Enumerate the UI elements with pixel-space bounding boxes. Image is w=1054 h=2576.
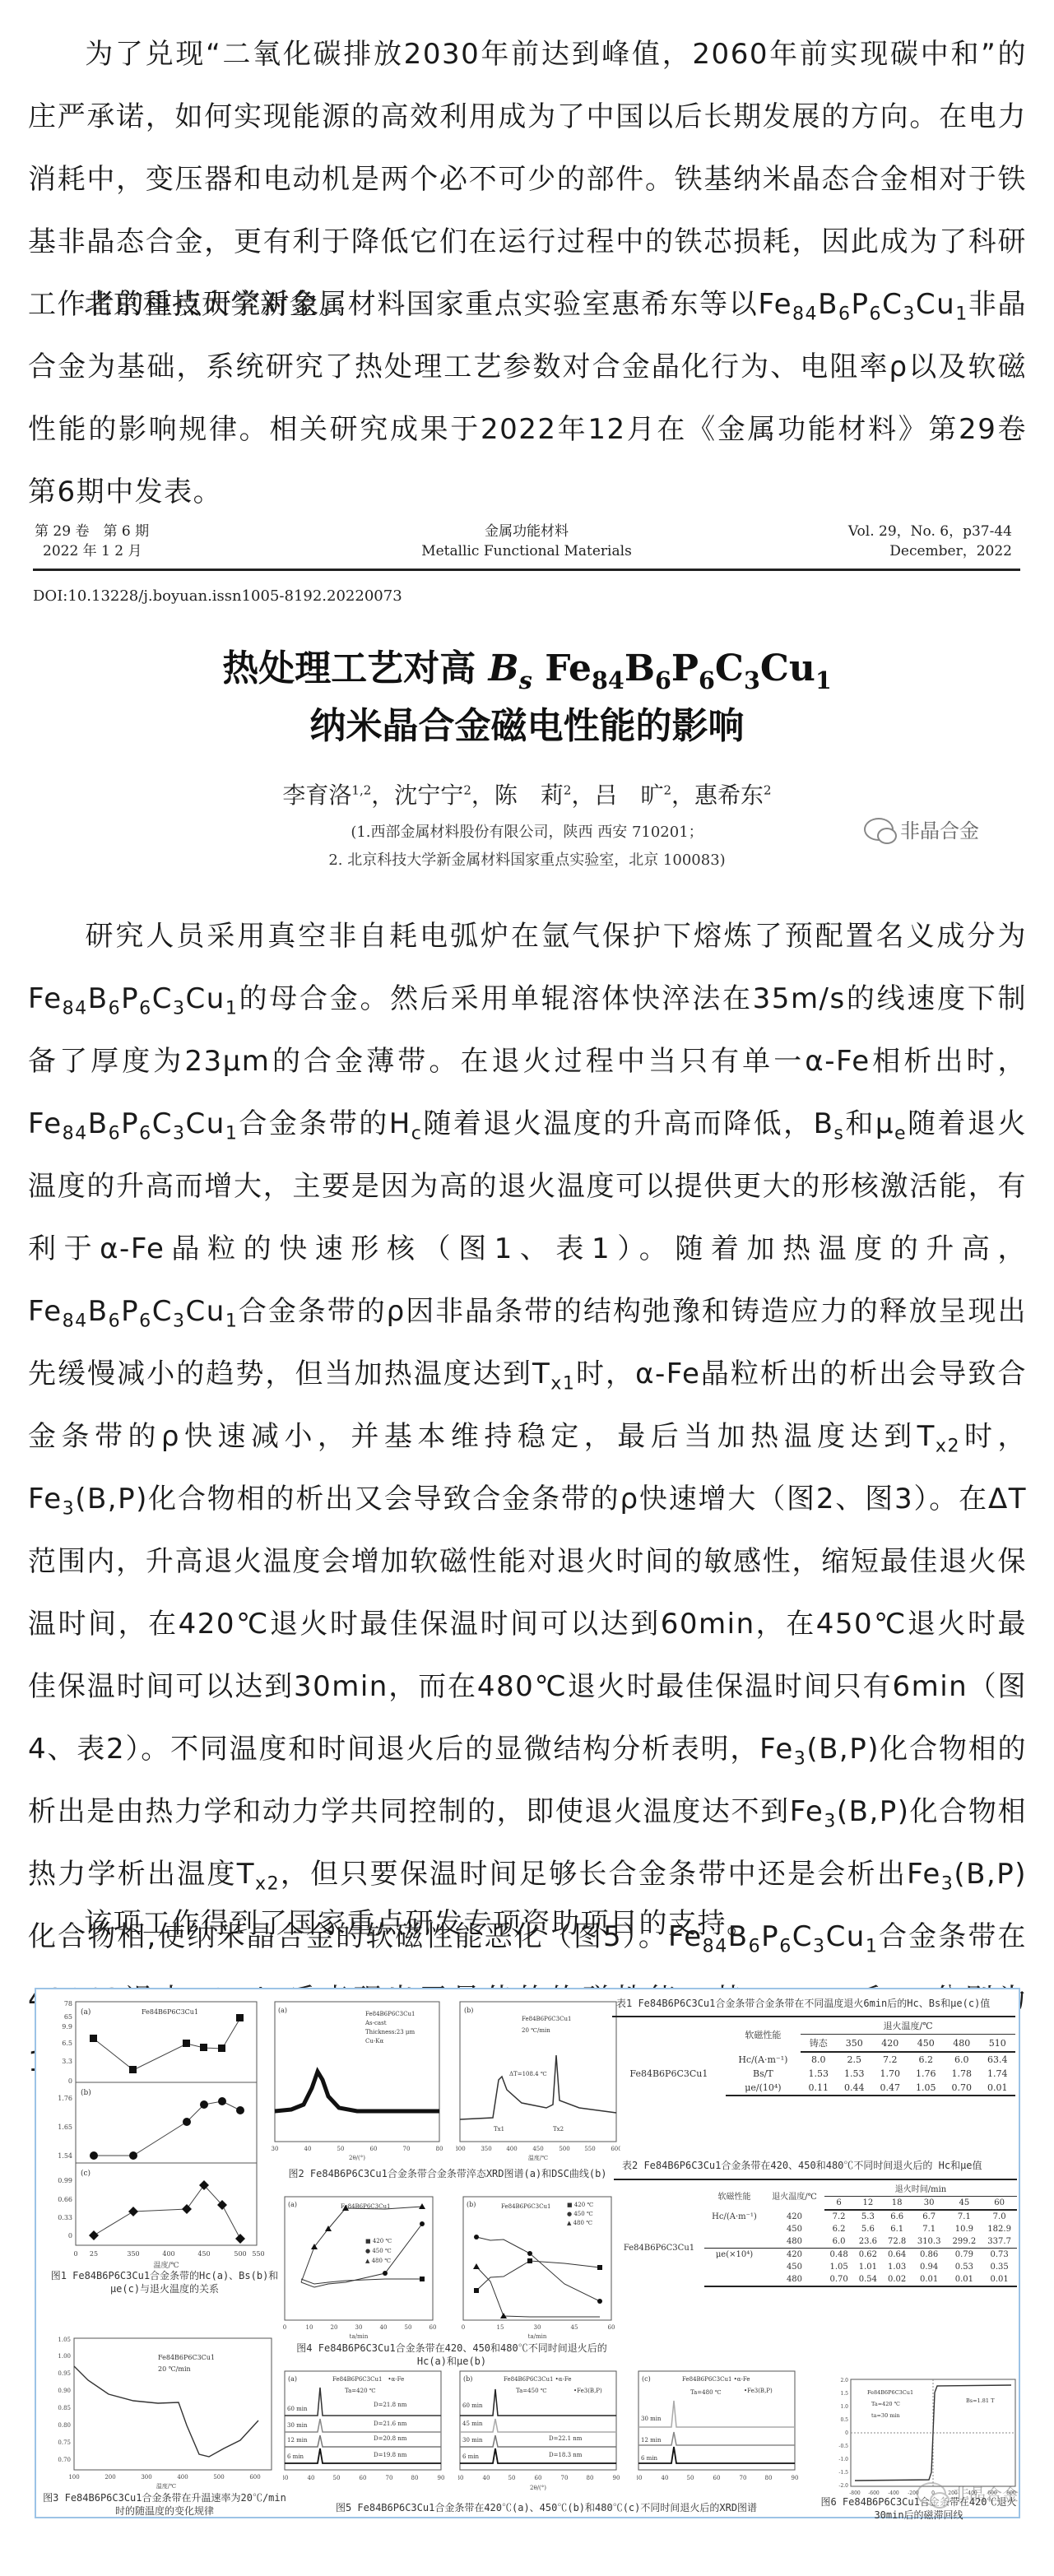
journal-volume-en: Vol. 29，No. 6，p37-44December，2022 [848, 522, 1012, 561]
fig5a-xrd-chart: (a) Fe84B6P6C3Cu1 •α-Fe Ta=420 ℃ 60 min3… [283, 2369, 448, 2493]
svg-text:30: 30 [534, 2324, 541, 2331]
svg-text:50: 50 [337, 2146, 345, 2152]
svg-text:500: 500 [213, 2474, 224, 2481]
fig5-caption: 图5 Fe84B6P6C3Cu1合金条带在420℃(a)、450℃(b)和480… [283, 2501, 810, 2514]
svg-text:1.65: 1.65 [58, 2123, 72, 2131]
svg-text:0.80: 0.80 [58, 2422, 71, 2429]
svg-text:30 min: 30 min [462, 2437, 483, 2444]
svg-text:400: 400 [506, 2146, 517, 2152]
paper-title-line-1: 热处理工艺对高 Bs Fe84B6P6C3Cu1 [0, 638, 1054, 691]
author: 惠希东2 [694, 782, 772, 809]
journal-header: 第 29 卷 第 6 期2022 年 1 2 月 金属功能材料Metallic … [33, 515, 1020, 571]
svg-text:40: 40 [308, 2475, 315, 2481]
svg-text:400: 400 [162, 2250, 174, 2258]
wechat-icon [917, 2482, 946, 2505]
svg-text:(a): (a) [278, 2007, 287, 2014]
svg-text:80: 80 [765, 2475, 773, 2481]
watermark: 非晶合金 [864, 815, 979, 843]
svg-text:Tx1: Tx1 [494, 2126, 504, 2133]
table1-caption: 表1 Fe84B6P6C3Cu1合金条带合金条带在不同温度退火6min后的Hc、… [616, 1996, 990, 2010]
svg-text:温度/℃: 温度/℃ [528, 2154, 548, 2161]
svg-text:Ta=420 ℃: Ta=420 ℃ [871, 2401, 900, 2407]
table1-alloy-header [612, 2017, 726, 2052]
svg-text:1.5: 1.5 [840, 2391, 848, 2397]
svg-text:0: 0 [845, 2430, 848, 2436]
svg-text:0.66: 0.66 [58, 2196, 72, 2203]
svg-text:(a): (a) [288, 2201, 297, 2208]
fig4b-mue-chart: (b) Fe84B6P6C3Cu1 ■ 420 ℃● 450 ℃▲ 480 ℃ … [452, 2193, 620, 2342]
svg-text:90: 90 [613, 2475, 620, 2481]
title-bs: Bs [489, 647, 532, 689]
author-list: 李育洛1,2，沈宁宁2，陈 莉2，吕 旷2，惠希东2 [0, 777, 1054, 810]
svg-text:D=21.6 nm: D=21.6 nm [374, 2421, 407, 2427]
svg-text:0.85: 0.85 [58, 2405, 71, 2411]
svg-text:Ta=420 ℃: Ta=420 ℃ [345, 2388, 376, 2394]
svg-text:60: 60 [608, 2324, 615, 2331]
author: 沈宁宁2 [394, 782, 471, 809]
svg-text:30: 30 [283, 2475, 288, 2481]
svg-text:30 min: 30 min [641, 2416, 662, 2422]
table-row: Fe84B6P6C3Cu1Hc/(A·m⁻¹)8.02.57.26.26.063… [612, 2052, 1015, 2067]
svg-text:50: 50 [508, 2475, 516, 2481]
doi: DOI:10.13228/j.boyuan.issn1005-8192.2022… [33, 587, 402, 605]
wechat-icon [864, 818, 894, 841]
svg-text:Fe84B6P6C3Cu1: Fe84B6P6C3Cu1 [365, 2011, 415, 2017]
svg-text:Cu-Kα: Cu-Kα [365, 2038, 383, 2045]
svg-text:6 min: 6 min [641, 2455, 658, 2462]
author: 吕 旷2 [594, 782, 671, 809]
svg-text:0: 0 [462, 2324, 465, 2331]
table2: 软磁性能退火温度/℃退火时间/min 61218304560 Fe84B6P6C… [614, 2179, 1017, 2287]
svg-text:(b): (b) [467, 2201, 476, 2208]
svg-text:45: 45 [571, 2324, 578, 2331]
fig1-caption: 图1 Fe84B6P6C3Cu1合金条带的Hc(a)、Bs(b)和μe(c)与退… [41, 2269, 288, 2295]
svg-text:(a): (a) [81, 2007, 91, 2017]
svg-text:20 ℃/min: 20 ℃/min [522, 2027, 550, 2034]
fig4-caption: 图4 Fe84B6P6C3Cu1合金条带在420、450和480℃不同时间退火后… [283, 2342, 620, 2368]
svg-text:2.0: 2.0 [840, 2378, 848, 2383]
affiliation-2: 2. 北京科技大学新金属材料国家重点实验室，北京 100083) [0, 848, 1054, 870]
svg-text:50: 50 [333, 2475, 341, 2481]
svg-text:(a): (a) [288, 2375, 297, 2383]
svg-text:40: 40 [662, 2475, 669, 2481]
svg-text:1.76: 1.76 [58, 2095, 72, 2102]
svg-text:40: 40 [483, 2475, 490, 2481]
svg-text:ta/min: ta/min [528, 2333, 547, 2340]
svg-text:10: 10 [306, 2324, 313, 2331]
svg-text:Thickness:23 μm: Thickness:23 μm [365, 2029, 415, 2035]
svg-text:0: 0 [68, 2077, 72, 2085]
svg-text:■ 420 ℃: ■ 420 ℃ [567, 2202, 593, 2208]
fig1-chart: (a) (b) (c) Fe84B6P6C3Cu1 78659.96.53.30… [43, 1998, 281, 2269]
svg-text:2θ/(°): 2θ/(°) [349, 2155, 365, 2161]
figure-collage: (a) (b) (c) Fe84B6P6C3Cu1 78659.96.53.30… [35, 1988, 1020, 2518]
table-row: Fe84B6P6C3Cu1Hc/(A·m⁻¹)4207.25.36.66.77.… [614, 2210, 1017, 2223]
svg-text:60: 60 [370, 2146, 378, 2152]
svg-text:Fe84B6P6C3Cu1: Fe84B6P6C3Cu1 [142, 2008, 198, 2016]
funding-text: 该项工作得到了国家重点研发专项资助项目的支持。 [84, 1907, 756, 1940]
svg-text:50: 50 [687, 2475, 694, 2481]
svg-text:90: 90 [438, 2475, 445, 2481]
svg-text:Tx2: Tx2 [553, 2126, 564, 2133]
table2-caption: 表2 Fe84B6P6C3Cu1合金条带在420、450和480℃不同时间退火后… [622, 2158, 982, 2172]
svg-text:ΔT=108.4 ℃: ΔT=108.4 ℃ [509, 2071, 547, 2077]
title-alloy-formula: Fe84B6P6C3Cu1 [545, 647, 832, 689]
svg-text:Fe84B6P6C3Cu1 •α-Fe: Fe84B6P6C3Cu1 •α-Fe [504, 2376, 571, 2383]
svg-text:450: 450 [532, 2146, 543, 2152]
svg-text:600: 600 [611, 2146, 620, 2152]
svg-text:•Fe3(B,P): •Fe3(B,P) [744, 2388, 773, 2394]
svg-text:(b): (b) [81, 2088, 91, 2097]
svg-text:0.95: 0.95 [58, 2370, 71, 2377]
svg-text:ta=30 min: ta=30 min [871, 2412, 900, 2419]
fig3-caption: 图3 Fe84B6P6C3Cu1合金条带在升温速率为20℃/min时的随温度的变… [41, 2491, 288, 2518]
svg-text:0.70: 0.70 [58, 2457, 71, 2463]
fig2a-xrd-chart: (a) Fe84B6P6C3Cu1 As-cast Thickness:23 μ… [267, 1998, 448, 2162]
svg-text:80: 80 [436, 2146, 443, 2152]
svg-text:-1.5: -1.5 [838, 2470, 848, 2476]
svg-text:70: 70 [740, 2475, 747, 2481]
alloy-formula: Fe84B6P6C3Cu1 [28, 1107, 238, 1140]
svg-text:Fe84B6P6C3Cu1: Fe84B6P6C3Cu1 [867, 2389, 913, 2396]
svg-text:温度/℃: 温度/℃ [153, 2260, 179, 2269]
author: 李育洛1,2 [282, 782, 371, 809]
svg-text:20 ℃/min: 20 ℃/min [158, 2365, 191, 2373]
fig2b-dsc-chart: (b) Fe84B6P6C3Cu1 20 ℃/min ΔT=108.4 ℃ Tx… [456, 1998, 620, 2162]
svg-text:350: 350 [481, 2146, 491, 2152]
svg-text:D=22.1 nm: D=22.1 nm [549, 2435, 583, 2442]
svg-text:0.90: 0.90 [58, 2388, 71, 2394]
svg-text:25: 25 [90, 2250, 98, 2258]
svg-text:15: 15 [497, 2324, 504, 2331]
svg-text:0.75: 0.75 [58, 2439, 71, 2446]
table1: 软磁性能退火温度/℃ 铸态350420450480510 Fe84B6P6C3C… [612, 2016, 1015, 2096]
svg-text:▲ 480 ℃: ▲ 480 ℃ [567, 2220, 592, 2226]
volume-issue-en: Vol. 29，No. 6，p37-44 [848, 522, 1012, 541]
svg-text:20: 20 [331, 2324, 338, 2331]
author: 陈 莉2 [494, 782, 572, 809]
svg-text:6.5: 6.5 [62, 2040, 72, 2047]
paper-title-line-2: 纳米晶合金磁电性能的影响 [0, 696, 1054, 749]
svg-text:60 min: 60 min [462, 2402, 483, 2409]
svg-text:80: 80 [411, 2475, 419, 2481]
svg-text:60: 60 [360, 2475, 367, 2481]
svg-text:(c): (c) [81, 2169, 91, 2178]
svg-text:0: 0 [68, 2232, 72, 2239]
svg-text:60 min: 60 min [287, 2406, 308, 2412]
svg-text:•Fe3(B,P): •Fe3(B,P) [573, 2388, 602, 2394]
svg-text:70: 70 [561, 2475, 569, 2481]
svg-text:30: 30 [637, 2475, 642, 2481]
svg-text:Ta=450 ℃: Ta=450 ℃ [516, 2388, 547, 2394]
body-paragraph-funding: 该项工作得到了国家重点研发专项资助项目的支持。 [28, 1892, 1027, 1955]
fig2-caption: 图2 Fe84B6P6C3Cu1合金条带合金条带淬态XRD图谱(a)和DSC曲线… [275, 2167, 620, 2180]
svg-text:● 450 ℃: ● 450 ℃ [567, 2211, 593, 2217]
svg-text:0: 0 [73, 2250, 77, 2258]
svg-text:300: 300 [456, 2146, 466, 2152]
svg-text:45 min: 45 min [462, 2421, 483, 2427]
svg-text:(c): (c) [642, 2375, 651, 2383]
fig4a-hc-chart: (a) Fe84B6P6C3Cu1 ■ 420 ℃● 450 ℃▲ 480 ℃ … [275, 2193, 439, 2342]
svg-text:As-cast: As-cast [364, 2020, 387, 2026]
svg-text:60: 60 [713, 2475, 721, 2481]
svg-text:温度/℃: 温度/℃ [156, 2482, 176, 2490]
watermark-label: 非晶合金 [953, 2481, 1019, 2505]
svg-text:9.9: 9.9 [62, 2023, 72, 2031]
svg-text:550: 550 [584, 2146, 595, 2152]
svg-text:1.00: 1.00 [58, 2353, 71, 2360]
svg-text:Fe84B6P6C3Cu1 •α-Fe: Fe84B6P6C3Cu1 •α-Fe [682, 2376, 750, 2383]
svg-text:ta/min: ta/min [350, 2333, 369, 2340]
svg-text:0.5: 0.5 [840, 2417, 848, 2423]
svg-text:D=19.8 nm: D=19.8 nm [374, 2452, 407, 2458]
svg-text:D=18.3 nm: D=18.3 nm [549, 2452, 583, 2458]
svg-text:1.05: 1.05 [58, 2337, 71, 2343]
svg-text:60: 60 [429, 2324, 437, 2331]
svg-text:30: 30 [272, 2146, 279, 2152]
svg-text:0.99: 0.99 [58, 2177, 72, 2184]
svg-text:30: 30 [458, 2475, 463, 2481]
svg-text:6 min: 6 min [462, 2453, 480, 2460]
fig3-resistivity-chart: Fe84B6P6C3Cu1 20 ℃/min 1.051.000.950.900… [43, 2335, 281, 2491]
svg-text:2θ/(°): 2θ/(°) [530, 2485, 546, 2491]
svg-text:550: 550 [252, 2250, 264, 2258]
svg-text:1.0: 1.0 [840, 2404, 848, 2410]
svg-text:350: 350 [127, 2250, 139, 2258]
svg-text:12 min: 12 min [641, 2437, 662, 2444]
svg-text:D=20.8 nm: D=20.8 nm [374, 2435, 407, 2442]
svg-text:● 450 ℃: ● 450 ℃ [365, 2248, 392, 2254]
svg-text:-1.0: -1.0 [838, 2457, 848, 2462]
svg-text:■ 420 ℃: ■ 420 ℃ [365, 2238, 392, 2244]
svg-text:80: 80 [587, 2475, 594, 2481]
intro-p2-text-a: 北京科技大学新金属材料国家重点实验室惠希东等以 [84, 288, 758, 321]
svg-text:0.33: 0.33 [58, 2214, 72, 2221]
svg-text:Fe84B6P6C3Cu1: Fe84B6P6C3Cu1 [501, 2203, 550, 2210]
svg-text:600: 600 [249, 2474, 260, 2481]
svg-text:Fe84B6P6C3Cu1 •α-Fe: Fe84B6P6C3Cu1 •α-Fe [332, 2376, 404, 2383]
svg-text:78: 78 [64, 2000, 72, 2007]
svg-text:30 min: 30 min [287, 2422, 308, 2429]
svg-text:70: 70 [403, 2146, 411, 2152]
svg-text:300: 300 [141, 2474, 151, 2481]
svg-text:200: 200 [104, 2474, 115, 2481]
svg-text:(b): (b) [463, 2375, 472, 2383]
svg-text:50: 50 [405, 2324, 412, 2331]
svg-text:450: 450 [197, 2250, 210, 2258]
title-prefix: 热处理工艺对高 [222, 647, 488, 689]
svg-text:Fe84B6P6C3Cu1: Fe84B6P6C3Cu1 [522, 2016, 571, 2022]
svg-text:500: 500 [234, 2250, 246, 2258]
svg-text:0: 0 [283, 2324, 286, 2331]
svg-text:3.3: 3.3 [62, 2058, 72, 2065]
svg-text:▲ 480 ℃: ▲ 480 ℃ [365, 2258, 391, 2264]
fig5b-xrd-chart: (b) Fe84B6P6C3Cu1 •α-Fe •Fe3(B,P) Ta=450… [458, 2369, 623, 2493]
intro-paragraph-2: 北京科技大学新金属材料国家重点实验室惠希东等以Fe84B6P6C3Cu1非晶合金… [28, 273, 1027, 523]
alloy-formula: Fe84B6P6C3Cu1 [28, 1295, 238, 1328]
svg-text:90: 90 [792, 2475, 799, 2481]
svg-text:65: 65 [64, 2013, 72, 2021]
svg-text:100: 100 [68, 2474, 79, 2481]
svg-text:(b): (b) [464, 2007, 473, 2014]
svg-text:40: 40 [380, 2324, 388, 2331]
watermark-label: 非晶合金 [900, 815, 979, 843]
svg-text:60: 60 [535, 2475, 542, 2481]
alloy-formula: Fe84B6P6C3Cu1 [758, 288, 968, 321]
svg-text:1.54: 1.54 [58, 2152, 72, 2160]
svg-text:40: 40 [304, 2146, 312, 2152]
svg-text:500: 500 [559, 2146, 569, 2152]
svg-text:70: 70 [386, 2475, 393, 2481]
fig5c-xrd-chart: (c) Fe84B6P6C3Cu1 •α-Fe •Fe3(B,P) Ta=480… [637, 2369, 801, 2493]
date-en: December，2022 [848, 541, 1012, 561]
svg-text:12 min: 12 min [287, 2437, 308, 2444]
svg-text:Bs=1.81 T: Bs=1.81 T [966, 2397, 995, 2404]
svg-text:-2.0: -2.0 [838, 2483, 848, 2489]
svg-text:Ta=480 ℃: Ta=480 ℃ [690, 2389, 722, 2396]
svg-text:D=21.8 nm: D=21.8 nm [374, 2402, 407, 2408]
svg-text:6 min: 6 min [287, 2453, 304, 2460]
alloy-formula: Fe84B6P6C3Cu1 [28, 982, 238, 1015]
svg-text:-0.5: -0.5 [838, 2444, 848, 2449]
svg-text:30: 30 [355, 2324, 363, 2331]
svg-text:400: 400 [177, 2474, 188, 2481]
svg-text:Fe84B6P6C3Cu1: Fe84B6P6C3Cu1 [158, 2354, 215, 2361]
collage-watermark: 非晶合金 [917, 2481, 1019, 2505]
